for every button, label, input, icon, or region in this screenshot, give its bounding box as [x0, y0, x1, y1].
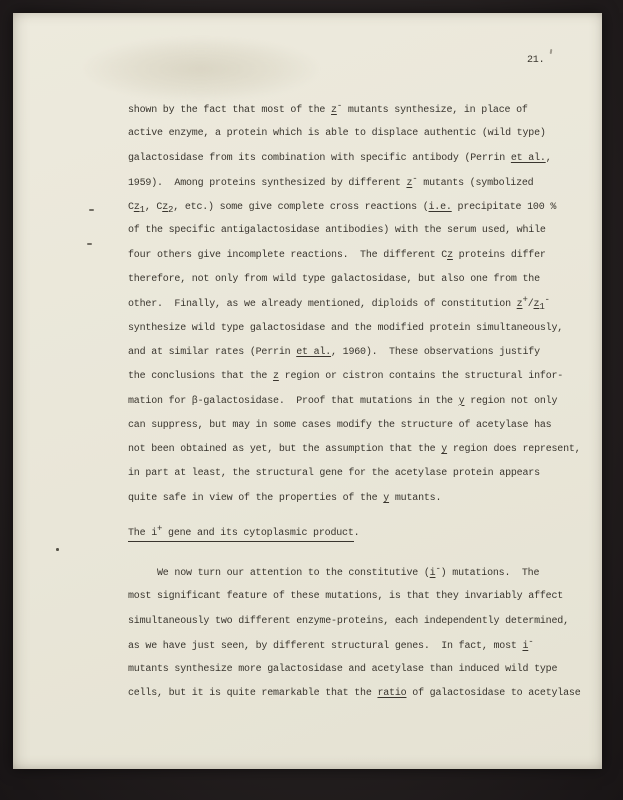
text-line: as we have just seen, by different struc… — [128, 634, 573, 658]
text-segment: four others give incomplete reactions. T… — [128, 250, 447, 261]
text-segment: as we have just seen, by different struc… — [128, 641, 522, 652]
text-line: not been obtained as yet, but the assump… — [128, 438, 573, 462]
text-line: shown by the fact that most of the z- mu… — [128, 98, 573, 122]
text-segment: , — [546, 153, 552, 164]
text-segment: + — [522, 295, 527, 305]
body-paragraph-continuation: shown by the fact that most of the z- mu… — [128, 98, 573, 511]
photograph-background: { "page_number": "21.", "annotations": {… — [0, 0, 623, 800]
text-line: quite safe in view of the properties of … — [128, 487, 573, 511]
text-segment: active enzyme, a protein which is able t… — [128, 128, 546, 139]
text-segment: mutants. — [389, 493, 441, 504]
text-line: of the specific antigalactosidase antibo… — [128, 219, 573, 243]
text-segment: We now turn our attention to the constit… — [128, 568, 430, 579]
underlined-gene-symbol: z — [134, 202, 140, 213]
text-segment: - — [545, 295, 550, 305]
text-line: most significant feature of these mutati… — [128, 585, 573, 609]
text-line: active enzyme, a protein which is able t… — [128, 122, 573, 146]
text-segment: 2 — [168, 205, 173, 215]
text-segment: mutants synthesize more galactosidase an… — [128, 664, 557, 675]
text-line: Cz1, Cz2, etc.) some give complete cross… — [128, 195, 573, 219]
text-line: galactosidase from its combination with … — [128, 147, 573, 171]
section-heading: The i+ gene and its cytoplasmic product. — [128, 521, 359, 546]
text-segment: synthesize wild type galactosidase and t… — [128, 323, 563, 334]
text-segment: , 1960). These observations justify — [331, 347, 540, 358]
text-segment: other. Finally, as we already mentioned,… — [128, 299, 517, 310]
underlined-gene-symbol: et al. — [511, 153, 546, 164]
text-segment: quite safe in view of the properties of … — [128, 493, 383, 504]
text-line: mation for β-galactosidase. Proof that m… — [128, 390, 573, 414]
text-segment: proteins differ — [453, 250, 546, 261]
underlined-gene-symbol: et al. — [296, 347, 331, 358]
text-line: cells, but it is quite remarkable that t… — [128, 682, 573, 706]
text-segment: of the specific antigalactosidase antibo… — [128, 225, 546, 236]
text-segment: ) mutations. The — [441, 568, 540, 579]
body-paragraph-constitutive-mutations: We now turn our attention to the constit… — [128, 561, 573, 707]
text-line: other. Finally, as we already mentioned,… — [128, 292, 573, 316]
text-segment: 1959). Among proteins synthesized by dif… — [128, 178, 406, 189]
underlined-gene-symbol: z — [331, 105, 337, 116]
text-segment: shown by the fact that most of the — [128, 105, 331, 116]
text-segment: mutants synthesize, in place of — [342, 105, 528, 116]
text-segment: region not only — [464, 396, 557, 407]
text-line: four others give incomplete reactions. T… — [128, 244, 573, 268]
text-segment: region or cistron contains the structura… — [279, 371, 563, 382]
text-segment: gene and its cytoplasmic product — [162, 528, 353, 539]
text-segment: can suppress, but may in some cases modi… — [128, 420, 551, 431]
text-segment: 1 — [140, 205, 145, 215]
page-number: 21. — [527, 55, 544, 66]
text-segment: - — [337, 101, 342, 111]
section-heading-period: . — [354, 528, 360, 539]
text-line: in part at least, the structural gene fo… — [128, 462, 573, 486]
margin-dash-mark — [89, 209, 94, 211]
text-line: can suppress, but may in some cases modi… — [128, 414, 573, 438]
margin-dash-mark — [87, 243, 92, 245]
text-line: therefore, not only from wild type galac… — [128, 268, 573, 292]
text-segment: - — [435, 564, 440, 574]
text-segment: and at similar rates (Perrin — [128, 347, 296, 358]
text-segment: therefore, not only from wild type galac… — [128, 274, 540, 285]
text-segment: mation for β-galactosidase. Proof that m… — [128, 396, 459, 407]
text-line: and at similar rates (Perrin et al., 196… — [128, 341, 573, 365]
text-segment: , C — [145, 202, 162, 213]
watermark-impression — [83, 37, 318, 101]
text-segment: not been obtained as yet, but the assump… — [128, 444, 441, 455]
text-segment: 1 — [539, 302, 544, 312]
text-segment: mutants (symbolized — [417, 178, 533, 189]
text-line: We now turn our attention to the constit… — [128, 561, 573, 585]
pen-tick-mark — [550, 49, 552, 54]
text-line: the conclusions that the z region or cis… — [128, 365, 573, 389]
margin-dot-mark — [56, 548, 59, 551]
text-segment: - — [528, 637, 533, 647]
text-segment: region does represent, — [447, 444, 580, 455]
text-segment: of galactosidase to acetylase — [406, 688, 580, 699]
text-line: synthesize wild type galactosidase and t… — [128, 317, 573, 341]
text-line: simultaneously two different enzyme-prot… — [128, 610, 573, 634]
text-segment: The i — [128, 528, 157, 539]
text-segment: - — [412, 174, 417, 184]
text-segment: in part at least, the structural gene fo… — [128, 468, 540, 479]
text-segment: simultaneously two different enzyme-prot… — [128, 616, 569, 627]
text-segment: precipitate 100 % — [452, 202, 556, 213]
underlined-gene-symbol: i.e. — [429, 202, 452, 213]
text-segment: most significant feature of these mutati… — [128, 591, 563, 602]
text-line: 1959). Among proteins synthesized by dif… — [128, 171, 573, 195]
underlined-gene-symbol: ratio — [377, 688, 406, 699]
text-segment: the conclusions that the — [128, 371, 273, 382]
text-line: mutants synthesize more galactosidase an… — [128, 658, 573, 682]
text-segment: , etc.) some give complete cross reactio… — [173, 202, 428, 213]
document-page: 21. shown by the fact that most of the z… — [13, 13, 602, 769]
section-heading-underlined-text: The i+ gene and its cytoplasmic product — [128, 528, 354, 542]
text-segment: + — [157, 524, 162, 534]
text-segment: cells, but it is quite remarkable that t… — [128, 688, 377, 699]
text-segment: galactosidase from its combination with … — [128, 153, 511, 164]
